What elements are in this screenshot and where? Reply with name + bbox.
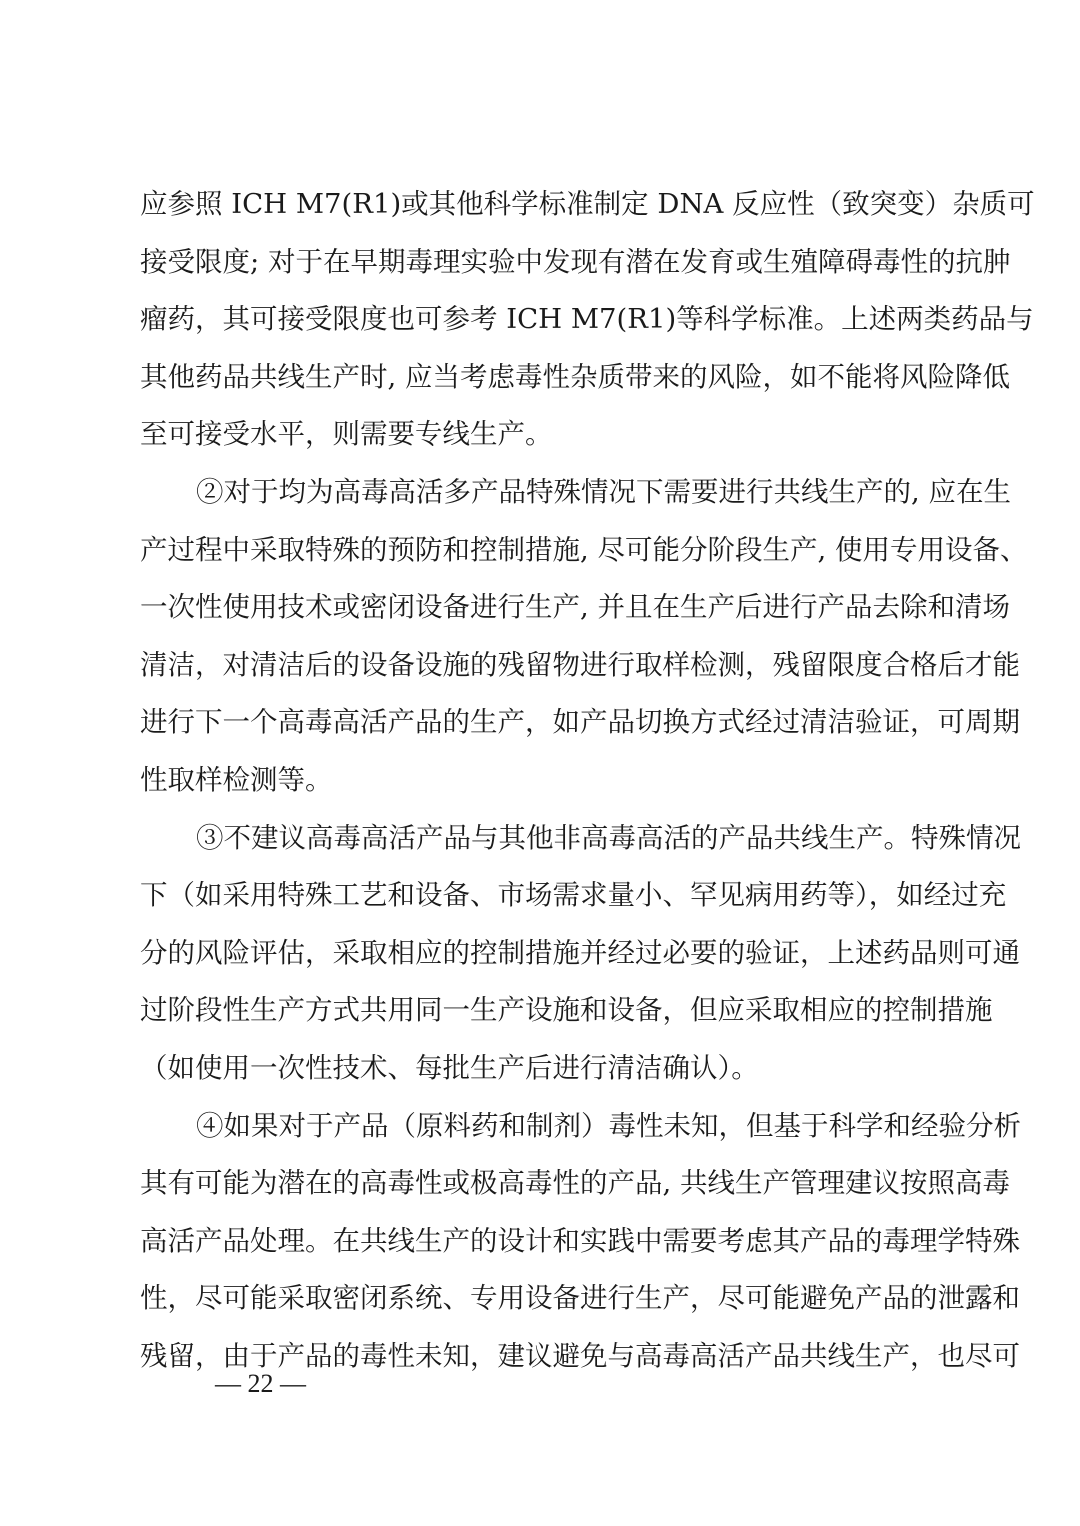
text-line: 过阶段性生产方式共用同一生产设施和设备，但应采取相应的控制措施 [140, 990, 940, 1048]
text-line: 性取样检测等。 [140, 760, 940, 818]
text-line: 一次性使用技术或密闭设备进行生产, 并且在生产后进行产品去除和清场 [140, 587, 940, 645]
text-line: 下（如采用特殊工艺和设备、市场需求量小、罕见病用药等），如经过充 [140, 875, 940, 933]
page-number: — 22 — [215, 1364, 306, 1404]
text-line: 分的风险评估，采取相应的控制措施并经过必要的验证，上述药品则可通 [140, 933, 940, 991]
text-line: 清洁，对清洁后的设备设施的残留物进行取样检测，残留限度合格后才能 [140, 645, 940, 703]
text-line: ③不建议高毒高活产品与其他非高毒高活的产品共线生产。特殊情况 [140, 818, 940, 876]
text-line: 产过程中采取特殊的预防和控制措施, 尽可能分阶段生产, 使用专用设备、 [140, 530, 940, 588]
text-line: 其有可能为潜在的高毒性或极高毒性的产品, 共线生产管理建议按照高毒 [140, 1163, 940, 1221]
text-line: 接受限度; 对于在早期毒理实验中发现有潜在发育或生殖障碍毒性的抗肿 [140, 242, 940, 300]
text-line: 至可接受水平，则需要专线生产。 [140, 414, 940, 472]
paragraph-item-3: ③不建议高毒高活产品与其他非高毒高活的产品共线生产。特殊情况 下（如采用特殊工艺… [140, 818, 940, 1106]
body-text: 应参照 ICH M7(R1)或其他科学标准制定 DNA 反应性（致突变）杂质可 … [140, 184, 940, 1393]
text-line: 性，尽可能采取密闭系统、专用设备进行生产，尽可能避免产品的泄露和 [140, 1278, 940, 1336]
text-line: 应参照 ICH M7(R1)或其他科学标准制定 DNA 反应性（致突变）杂质可 [140, 184, 940, 242]
document-page: 应参照 ICH M7(R1)或其他科学标准制定 DNA 反应性（致突变）杂质可 … [0, 0, 1080, 1526]
paragraph-continuation: 应参照 ICH M7(R1)或其他科学标准制定 DNA 反应性（致突变）杂质可 … [140, 184, 940, 472]
text-line: 瘤药，其可接受限度也可参考 ICH M7(R1)等科学标准。上述两类药品与 [140, 299, 940, 357]
text-line: 高活产品处理。在共线生产的设计和实践中需要考虑其产品的毒理学特殊 [140, 1221, 940, 1279]
text-line: 其他药品共线生产时, 应当考虑毒性杂质带来的风险，如不能将风险降低 [140, 357, 940, 415]
text-line: ④如果对于产品（原料药和制剂）毒性未知，但基于科学和经验分析 [140, 1106, 940, 1164]
paragraph-item-2: ②对于均为高毒高活多产品特殊情况下需要进行共线生产的, 应在生 产过程中采取特殊… [140, 472, 940, 818]
text-line: 进行下一个高毒高活产品的生产，如产品切换方式经过清洁验证，可周期 [140, 702, 940, 760]
text-line: ②对于均为高毒高活多产品特殊情况下需要进行共线生产的, 应在生 [140, 472, 940, 530]
text-line: （如使用一次性技术、每批生产后进行清洁确认）。 [140, 1048, 940, 1106]
paragraph-item-4: ④如果对于产品（原料药和制剂）毒性未知，但基于科学和经验分析 其有可能为潜在的高… [140, 1106, 940, 1394]
